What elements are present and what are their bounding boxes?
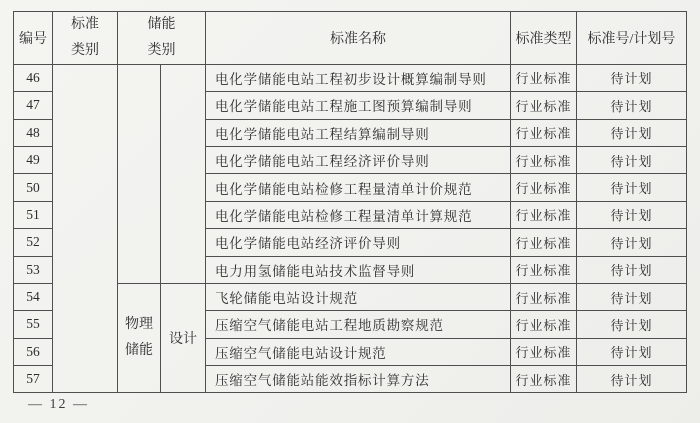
page-number: — 12 — <box>28 397 89 413</box>
standard-type: 行业标准 <box>511 256 577 283</box>
plan-number: 待计划 <box>577 119 687 146</box>
standards-table: 编号 标准类别 储能类别 标准名称 标准类型 标准号/计划号 46 电化学储能电… <box>13 11 687 393</box>
plan-number: 待计划 <box>577 283 687 310</box>
plan-number: 待计划 <box>577 256 687 283</box>
standard-name: 压缩空气储能电站设计规范 <box>206 338 511 365</box>
row-number: 49 <box>14 146 53 173</box>
standard-name: 飞轮储能电站设计规范 <box>206 283 511 310</box>
row-number: 55 <box>14 311 53 338</box>
header-row: 编号 标准类别 储能类别 标准名称 标准类型 标准号/计划号 <box>14 12 687 65</box>
storage-subtype-empty-cell <box>161 64 206 283</box>
standard-type: 行业标准 <box>511 92 577 119</box>
standard-name: 电化学储能电站经济评价导则 <box>206 229 511 256</box>
header-storage-category-label: 储能类别 <box>146 12 176 64</box>
standard-type: 行业标准 <box>511 119 577 146</box>
plan-number: 待计划 <box>577 174 687 201</box>
standard-type: 行业标准 <box>511 338 577 365</box>
header-standard-code: 标准号/计划号 <box>577 12 687 65</box>
plan-number: 待计划 <box>577 64 687 91</box>
standard-type: 行业标准 <box>511 366 577 393</box>
standard-name: 电化学储能电站检修工程量清单计价规范 <box>206 174 511 201</box>
standard-name: 电力用氢储能电站技术监督导则 <box>206 256 511 283</box>
row-number: 53 <box>14 256 53 283</box>
standard-name: 电化学储能电站工程结算编制导则 <box>206 119 511 146</box>
row-number: 48 <box>14 119 53 146</box>
standard-name: 压缩空气储能站能效指标计算方法 <box>206 366 511 393</box>
standard-name: 电化学储能电站工程经济评价导则 <box>206 146 511 173</box>
standard-type: 行业标准 <box>511 64 577 91</box>
row-number: 46 <box>14 64 53 91</box>
standard-category-empty-cell <box>53 64 118 393</box>
standard-type: 行业标准 <box>511 201 577 228</box>
row-number: 57 <box>14 366 53 393</box>
header-standard-category: 标准类别 <box>53 12 118 65</box>
table-row: 46 电化学储能电站工程初步设计概算编制导则 行业标准 待计划 <box>14 64 687 91</box>
plan-number: 待计划 <box>577 201 687 228</box>
header-standard-type: 标准类型 <box>511 12 577 65</box>
standard-name: 电化学储能电站工程初步设计概算编制导则 <box>206 64 511 91</box>
standard-type: 行业标准 <box>511 174 577 201</box>
standard-type: 行业标准 <box>511 229 577 256</box>
storage-subtype-design-cell: 设计 <box>161 283 206 393</box>
standard-name: 压缩空气储能电站工程地质勘察规范 <box>206 311 511 338</box>
row-number: 47 <box>14 92 53 119</box>
plan-number: 待计划 <box>577 338 687 365</box>
header-number: 编号 <box>14 12 53 65</box>
standard-name: 电化学储能电站检修工程量清单计算规范 <box>206 201 511 228</box>
standard-type: 行业标准 <box>511 283 577 310</box>
storage-category-physical-cell: 物理储能 <box>118 283 161 393</box>
plan-number: 待计划 <box>577 229 687 256</box>
scanned-document-page: { "page": { "number_label": "— 12 —" }, … <box>0 0 700 423</box>
row-number: 54 <box>14 283 53 310</box>
plan-number: 待计划 <box>577 311 687 338</box>
plan-number: 待计划 <box>577 146 687 173</box>
row-number: 51 <box>14 201 53 228</box>
header-storage-category: 储能类别 <box>118 12 206 65</box>
row-number: 56 <box>14 338 53 365</box>
row-number: 50 <box>14 174 53 201</box>
storage-category-empty-cell <box>118 64 161 283</box>
header-standard-name: 标准名称 <box>206 12 511 65</box>
standard-type: 行业标准 <box>511 146 577 173</box>
plan-number: 待计划 <box>577 92 687 119</box>
row-number: 52 <box>14 229 53 256</box>
header-standard-category-label: 标准类别 <box>70 12 100 64</box>
storage-category-physical-label: 物理储能 <box>124 312 154 364</box>
plan-number: 待计划 <box>577 366 687 393</box>
standard-type: 行业标准 <box>511 311 577 338</box>
standard-name: 电化学储能电站工程施工图预算编制导则 <box>206 92 511 119</box>
